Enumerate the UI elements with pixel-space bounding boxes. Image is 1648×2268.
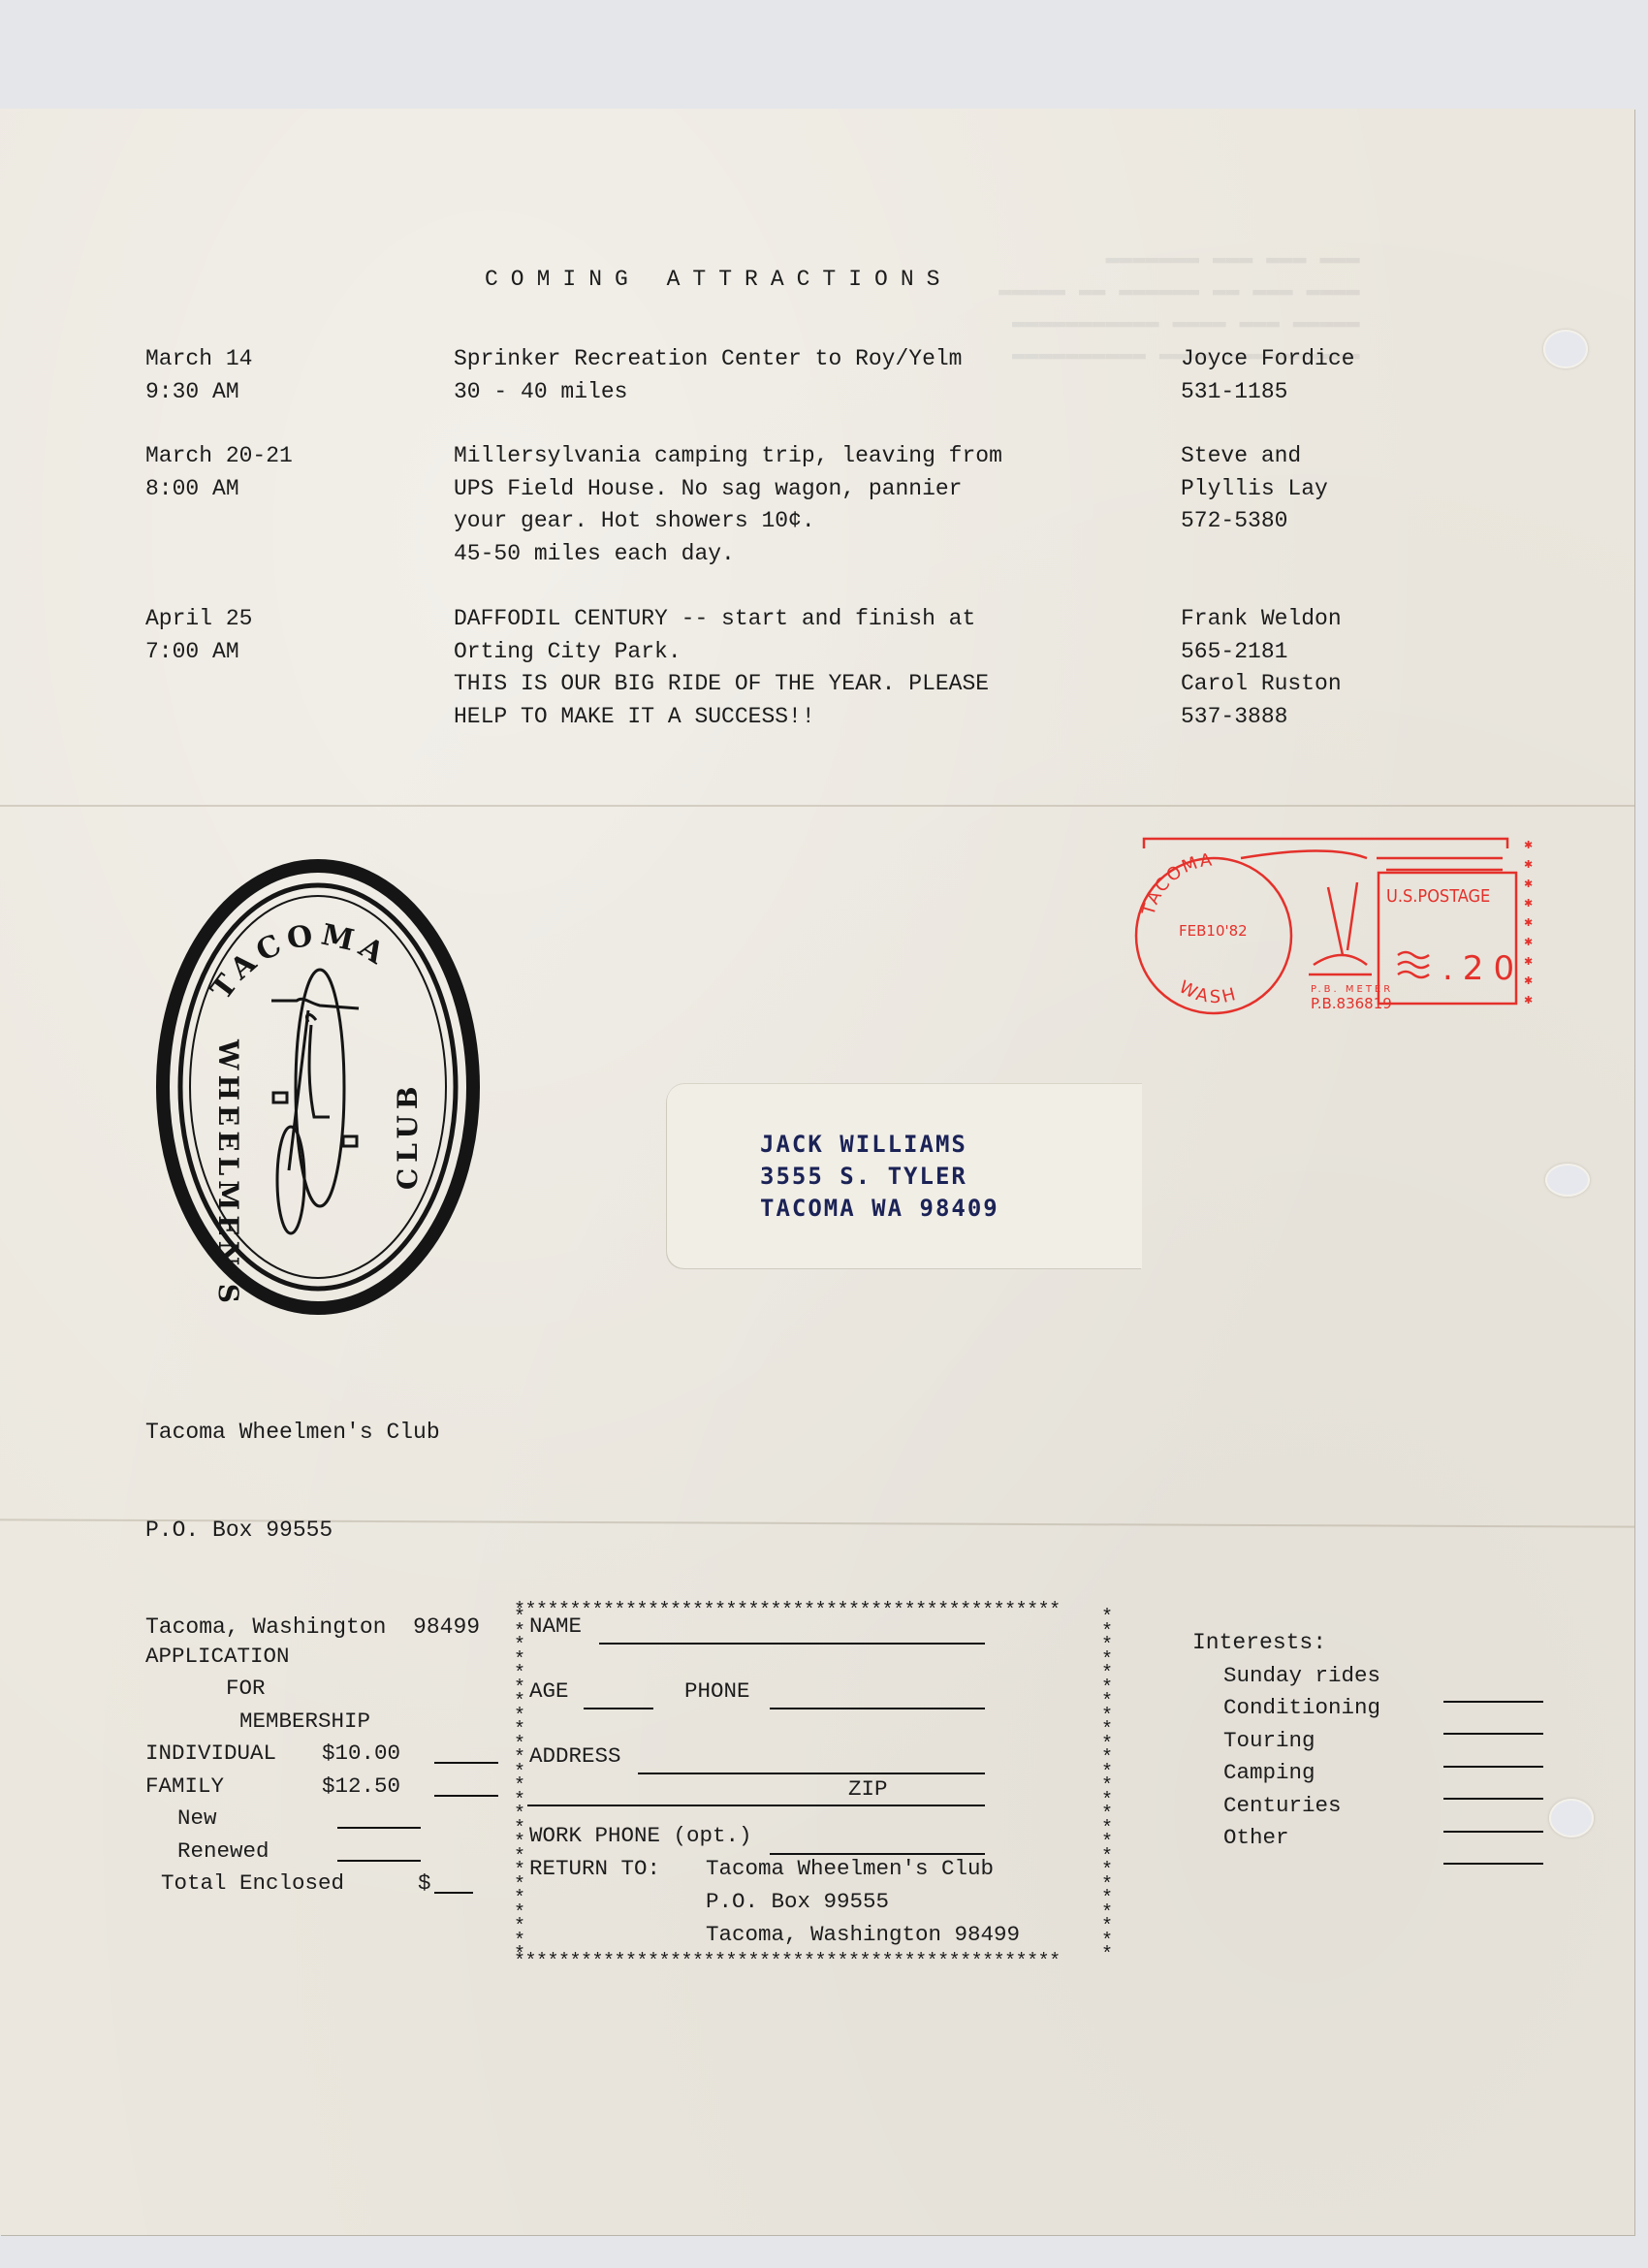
punch-hole [1543,330,1588,368]
application-form-box: ****************************************… [514,1602,1115,1970]
rate-family-label: FAMILY [145,1771,224,1804]
event-description: THIS IS OUR BIG RIDE OF THE YEAR. PLEASE [454,668,989,701]
age-label: AGE [529,1677,569,1706]
interests-heading: Interests: [1192,1627,1326,1660]
event-time: 7:00 AM [145,636,252,669]
event-description: UPS Field House. No sag wagon, pannier [454,473,1002,506]
recipient-city: TACOMA WA 98409 [760,1193,999,1225]
application-heading: FOR [226,1673,266,1706]
logo-left-text: WHEELMEN'S [212,1038,244,1308]
postage-meter-stamp: TACOMA WASH FEB10'82 U.S.POSTAGE .20 P.B… [1134,829,1541,1018]
total-currency-symbol: $ [418,1868,431,1901]
rate-individual-label: INDIVIDUAL [145,1738,276,1771]
interest-sunday-rides-blank[interactable] [1443,1701,1543,1703]
svg-text:✱: ✱ [1524,897,1533,910]
total-enclosed-blank[interactable] [434,1892,473,1894]
event-date: March 20-21 [145,440,293,473]
interest-centuries-blank[interactable] [1443,1831,1543,1833]
page-title: COMING ATTRACTIONS [485,264,952,297]
postage-label: U.S.POSTAGE [1386,886,1490,907]
application-heading: MEMBERSHIP [239,1706,370,1739]
event-contact: Carol Ruston [1181,668,1342,701]
svg-text:✱: ✱ [1524,839,1533,851]
meter-number: P.B.836819 [1311,995,1392,1012]
event-contact: Frank Weldon [1181,603,1342,636]
event-description: DAFFODIL CENTURY -- start and finish at [454,603,989,636]
age-input[interactable] [584,1708,653,1709]
event-contact: Plyllis Lay [1181,473,1328,506]
mailing-address: JACK WILLIAMS 3555 S. TYLER TACOMA WA 98… [760,1129,999,1225]
phone-label: PHONE [684,1677,750,1706]
address-zip-input[interactable] [527,1805,985,1806]
interest-conditioning-blank[interactable] [1443,1733,1543,1735]
zip-label: ZIP [848,1774,888,1804]
interest-other: Other [1223,1822,1289,1855]
interest-camping-blank[interactable] [1443,1798,1543,1800]
name-label: NAME [529,1612,582,1641]
status-new-blank[interactable] [337,1827,421,1829]
family-checkbox-blank[interactable] [434,1795,498,1797]
event-contact: Steve and [1181,440,1328,473]
event-description: Orting City Park. [454,636,989,669]
individual-checkbox-blank[interactable] [434,1762,498,1764]
event-contact: 572-5380 [1181,505,1328,538]
postmark-state: WASH [1176,976,1241,1007]
event-contact: 537-3888 [1181,701,1342,734]
svg-text:✱: ✱ [1524,994,1533,1006]
club-logo: TACOMA WHEELMEN'S CLUB [153,855,483,1319]
status-renewed-blank[interactable] [337,1860,421,1862]
star-border-bottom: ****************************************… [514,1953,1061,1972]
recipient-street: 3555 S. TYLER [760,1161,999,1193]
interest-conditioning: Conditioning [1223,1692,1380,1725]
return-address-line: Tacoma, Washington 98499 [145,1612,480,1645]
event-contact: 565-2181 [1181,636,1342,669]
return-address: Tacoma Wheelmen's Club P.O. Box 99555 Ta… [145,1352,480,1677]
punch-hole [1545,1164,1590,1197]
event-time: 8:00 AM [145,473,293,506]
postmark-date: FEB10'82 [1179,922,1248,940]
return-to-label: RETURN TO: [529,1854,660,1883]
event-contact: Joyce Fordice [1181,343,1354,376]
event-date: April 25 [145,603,252,636]
return-to-line: P.O. Box 99555 [706,1887,889,1916]
interest-other-blank[interactable] [1443,1863,1543,1865]
star-border-left: * * * * * * * * * * * * * * * * * * * * … [514,1612,527,1964]
club-logo-emblem: TACOMA WHEELMEN'S CLUB [153,855,483,1319]
return-to-line: Tacoma Wheelmen's Club [706,1854,994,1883]
svg-text:✱: ✱ [1524,916,1533,929]
svg-text:✱: ✱ [1524,936,1533,948]
phone-input[interactable] [770,1708,985,1709]
event-description: Sprinker Recreation Center to Roy/Yelm [454,343,963,376]
interest-touring-blank[interactable] [1443,1766,1543,1768]
event-time: 9:30 AM [145,376,252,409]
event-description: 45-50 miles each day. [454,538,1002,571]
svg-text:✱: ✱ [1524,974,1533,987]
event-contact: 531-1185 [1181,376,1354,409]
svg-text:WASH: WASH [1176,976,1241,1007]
interest-camping: Camping [1223,1757,1315,1790]
svg-text:✱: ✱ [1524,858,1533,871]
star-border-right: * * * * * * * * * * * * * * * * * * * * … [1101,1612,1115,1964]
event-description: HELP TO MAKE IT A SUCCESS!! [454,701,989,734]
svg-text:TACOMA: TACOMA [1138,849,1215,918]
interest-centuries: Centuries [1223,1790,1342,1823]
penny-farthing-bicycle-icon [271,970,359,1233]
svg-text:✱: ✱ [1524,955,1533,968]
punch-hole [1549,1799,1594,1837]
postage-amount: .20 [1442,949,1524,988]
svg-text:✱: ✱ [1524,878,1533,890]
address-label: ADDRESS [529,1741,621,1771]
postmark-city: TACOMA [1138,849,1215,918]
interest-touring: Touring [1223,1725,1315,1758]
name-input[interactable] [599,1643,985,1645]
recipient-name: JACK WILLIAMS [760,1129,999,1161]
meter-star-border: ✱✱✱ ✱✱✱ ✱✱✱ [1524,839,1533,1006]
meter-label: P.B. METER [1311,984,1393,995]
fold-crease [0,805,1634,807]
logo-right-text: CLUB [392,1080,424,1190]
star-border-top: ****************************************… [514,1602,1061,1621]
event-description: 30 - 40 miles [454,376,963,409]
total-enclosed-label: Total Enclosed [161,1868,344,1901]
event-date: March 14 [145,343,252,376]
application-heading: APPLICATION [145,1641,290,1674]
rate-family-price: $12.50 [322,1771,400,1804]
return-address-line: Tacoma Wheelmen's Club [145,1417,480,1450]
return-address-line: P.O. Box 99555 [145,1515,480,1548]
work-phone-label: WORK PHONE (opt.) [529,1821,752,1850]
status-renewed-label: Renewed [177,1836,269,1869]
address-input[interactable] [638,1773,985,1774]
event-description: your gear. Hot showers 10¢. [454,505,1002,538]
event-description: Millersylvania camping trip, leaving fro… [454,440,1002,473]
return-to-line: Tacoma, Washington 98499 [706,1920,1020,1949]
rate-individual-price: $10.00 [322,1738,400,1771]
interest-sunday-rides: Sunday rides [1223,1660,1380,1693]
mailing-label: JACK WILLIAMS 3555 S. TYLER TACOMA WA 98… [667,1084,1142,1268]
status-new-label: New [177,1803,217,1836]
